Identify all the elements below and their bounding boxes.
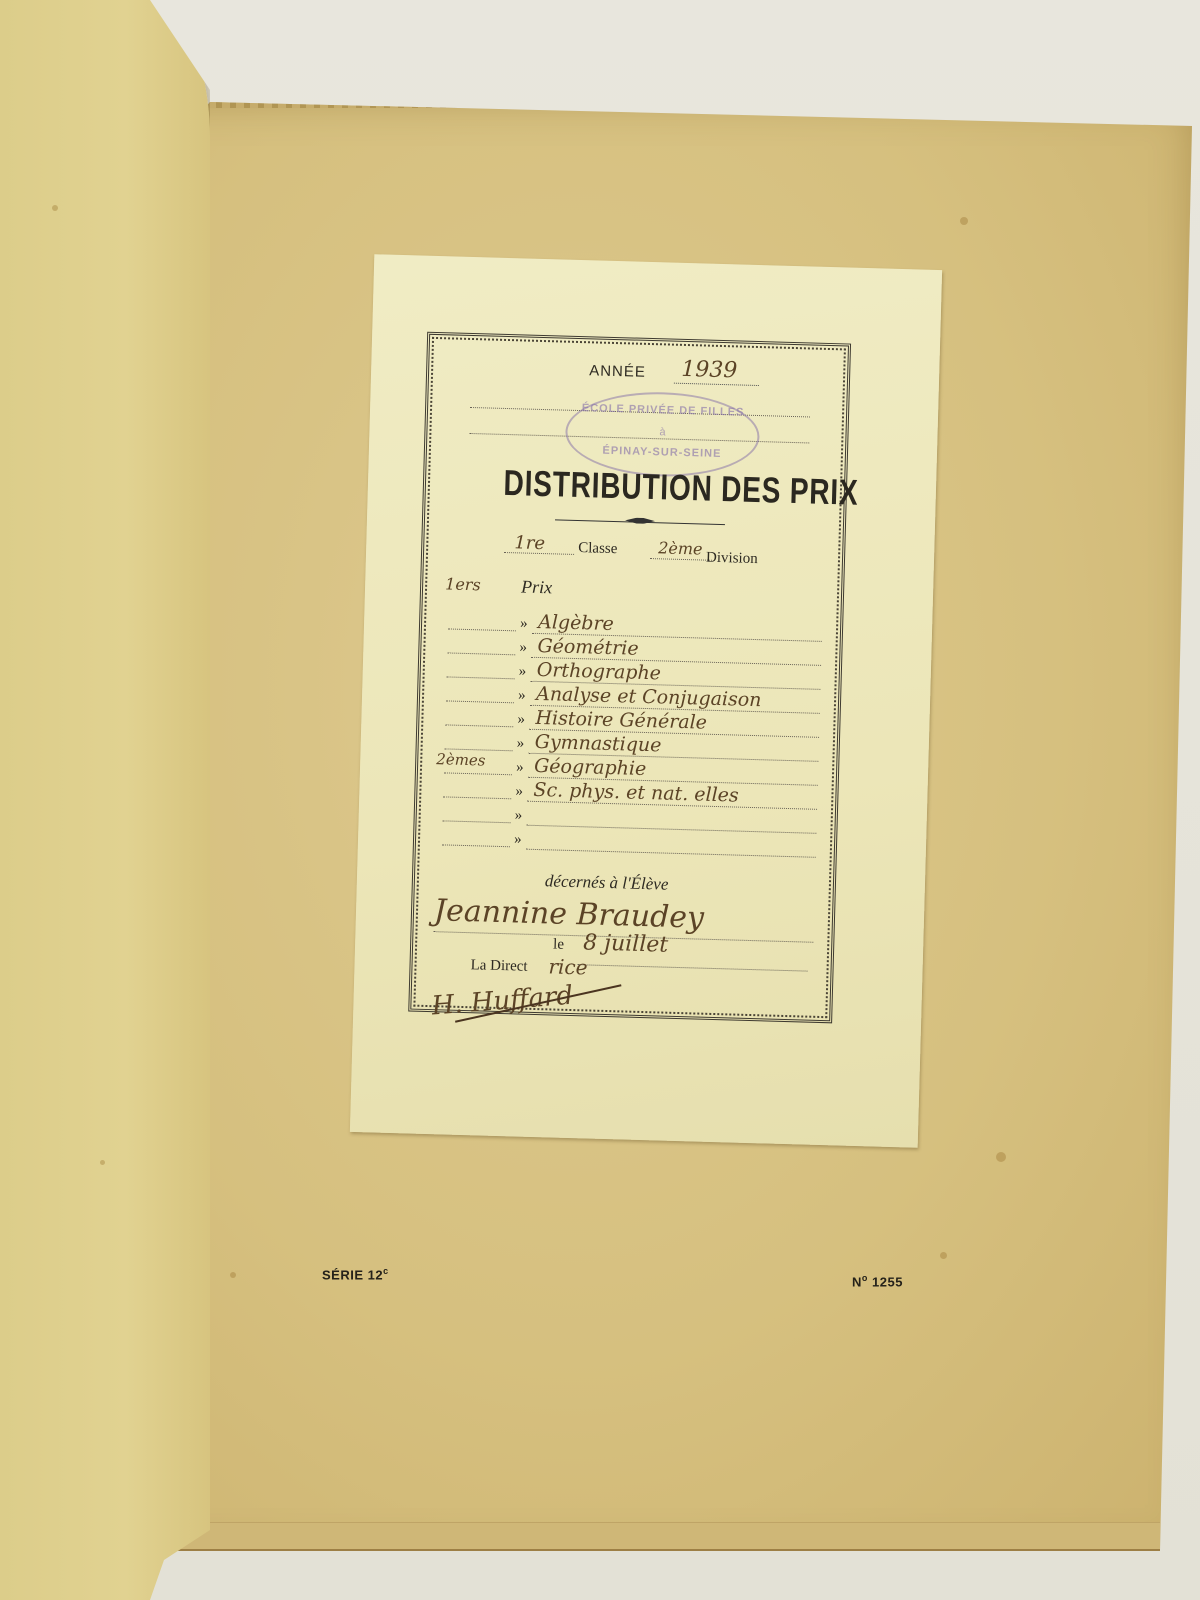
class-label: Classe (578, 540, 618, 558)
student-name: Jeannine Braudey (434, 893, 705, 936)
year-value: 1939 (681, 357, 738, 384)
subject-value: Géométrie (537, 635, 639, 660)
director-suffix: rice (548, 954, 588, 979)
awarded-label: décernés à l'Élève (545, 871, 669, 894)
class-value: 1re (514, 532, 545, 554)
subject-value: Géographie (534, 755, 647, 780)
prize-label: Prix (521, 576, 553, 598)
item-number: No 1255 (852, 1273, 903, 1289)
series-label: SÉRIE 12c (322, 1266, 389, 1282)
year-label: ANNÉE (589, 362, 646, 381)
division-value: 2ème (658, 538, 703, 558)
second-rank-note: 2èmes (436, 750, 486, 769)
director-label: La Direct (470, 957, 528, 976)
booklet-page-bottom-edge (160, 1522, 1160, 1551)
date-value: 8 juillet (583, 930, 669, 957)
stamp-line-2: à (567, 424, 757, 441)
certificate-title: DISTRIBUTION DES PRIX (503, 462, 785, 512)
stamp-line-3: ÉPINAY-SUR-SEINE (567, 444, 757, 461)
division-label: Division (706, 550, 758, 568)
booklet-left-page-curl (0, 0, 210, 1600)
prize-certificate-card: ANNÉE 1939 ÉCOLE PRIVÉE DE FILLES à ÉPIN… (350, 254, 942, 1148)
subject-value: Algèbre (538, 611, 614, 635)
prize-rank-value: 1ers (445, 574, 481, 594)
date-prefix: le (553, 937, 564, 954)
